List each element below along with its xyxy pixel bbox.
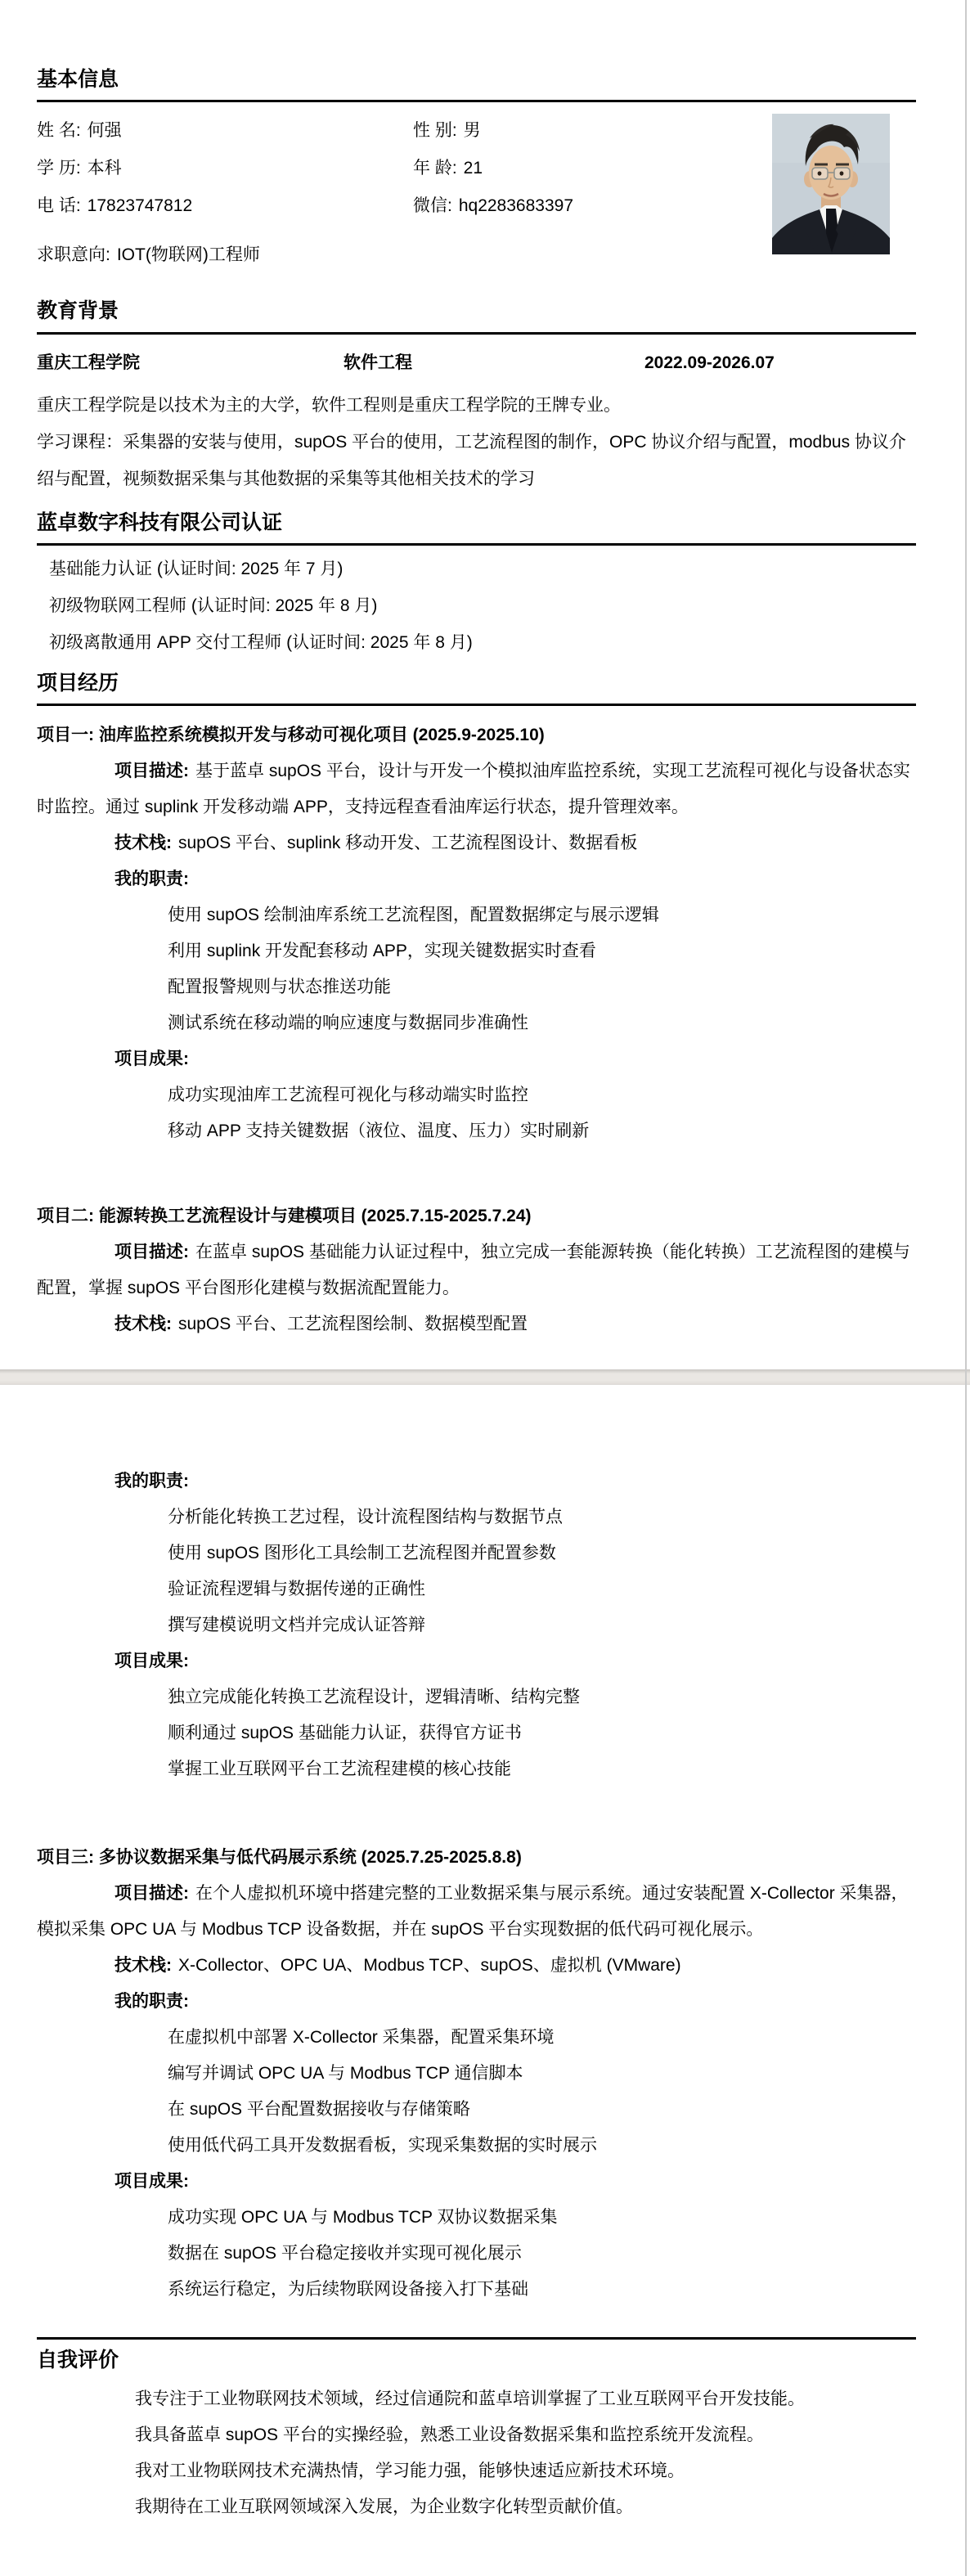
field-name-label: 姓 名: xyxy=(37,121,81,140)
viewport-edge-line xyxy=(965,0,967,2576)
self-evaluation-line: 我专注于工业物联网技术领域，经过信通院和蓝卓培训掌握了工业互联网平台开发技能。 xyxy=(135,2381,916,2417)
field-wechat: 微信:hq2283683397 xyxy=(413,187,757,225)
project-3-tech-text: X-Collector、OPC UA、Modbus TCP、supOS、虚拟机 … xyxy=(178,1956,681,1975)
description-label: 项目描述: xyxy=(115,1243,189,1261)
page-2: 我的职责: 分析能化转换工艺过程，设计流程图结构与数据节点 使用 supOS 图… xyxy=(0,1385,970,2576)
cert-item: 初级离散通用 APP 交付工程师 (认证时间: 2025 年 8 月) xyxy=(49,624,916,661)
project-3: 项目三: 多协议数据采集与低代码展示系统 (2025.7.25-2025.8.8… xyxy=(37,1840,916,2308)
project-1-description: 项目描述:基于蓝卓 supOS 平台，设计与开发一个模拟油库监控系统，实现工艺流… xyxy=(37,753,916,825)
project-2-results: 独立完成能化转换工艺流程设计，逻辑清晰、结构完整 顺利通过 supOS 基础能力… xyxy=(168,1679,916,1787)
project-3-results: 成功实现 OPC UA 与 Modbus TCP 双协议数据采集 数据在 sup… xyxy=(168,2200,916,2308)
self-evaluation-line: 我期待在工业互联网领域深入发展，为企业数字化转型贡献价值。 xyxy=(135,2489,916,2525)
project-2-tech-text: supOS 平台、工艺流程图绘制、数据模型配置 xyxy=(178,1315,528,1333)
tech-label: 技术栈: xyxy=(115,1956,172,1975)
description-label: 项目描述: xyxy=(115,1884,189,1903)
project-2: 项目二: 能源转换工艺流程设计与建模项目 (2025.7.15-2025.7.2… xyxy=(37,1198,916,1342)
job-intention-value: IOT(物联网)工程师 xyxy=(117,245,260,264)
field-phone-value: 17823747812 xyxy=(88,196,192,215)
result-item: 掌握工业互联网平台工艺流程建模的核心技能 xyxy=(168,1751,916,1787)
duty-item: 分析能化转换工艺过程，设计流程图结构与数据节点 xyxy=(168,1499,916,1535)
duty-label: 我的职责: xyxy=(37,1463,916,1499)
certification-list: 基础能力认证 (认证时间: 2025 年 7 月) 初级物联网工程师 (认证时间… xyxy=(37,551,916,661)
field-gender-value: 男 xyxy=(464,121,481,140)
basic-info-grid: 姓 名:何强 性 别:男 学 历:本科 年 龄:21 电 话:178237478… xyxy=(37,112,757,225)
field-age-label: 年 龄: xyxy=(413,159,457,178)
education-line-1: 重庆工程学院是以技术为主的大学，软件工程则是重庆工程学院的王牌专业。 xyxy=(37,387,916,424)
section-title-education: 教育背景 xyxy=(37,299,916,334)
field-name-value: 何强 xyxy=(88,121,122,140)
project-1: 项目一: 油库监控系统模拟开发与移动可视化项目 (2025.9-2025.10)… xyxy=(37,717,916,1149)
education-line-2: 学习课程：采集器的安装与使用，supOS 平台的使用，工艺流程图的制作，OPC … xyxy=(37,424,916,497)
tech-label: 技术栈: xyxy=(115,834,172,852)
result-item: 独立完成能化转换工艺流程设计，逻辑清晰、结构完整 xyxy=(168,1679,916,1715)
project-2-duties: 分析能化转换工艺过程，设计流程图结构与数据节点 使用 supOS 图形化工具绘制… xyxy=(168,1499,916,1643)
self-evaluation-list: 我专注于工业物联网技术领域，经过信通院和蓝卓培训掌握了工业互联网平台开发技能。 … xyxy=(135,2381,916,2525)
result-label: 项目成果: xyxy=(37,1643,916,1679)
job-intention-label: 求职意向: xyxy=(37,245,110,264)
basic-info-block: 姓 名:何强 性 别:男 学 历:本科 年 龄:21 电 话:178237478… xyxy=(37,112,916,274)
project-2-continued: 我的职责: 分析能化转换工艺过程，设计流程图结构与数据节点 使用 supOS 图… xyxy=(37,1463,916,1787)
result-label: 项目成果: xyxy=(37,2164,916,2200)
project-3-description: 项目描述:在个人虚拟机环境中搭建完整的工业数据采集与展示系统。通过安装配置 X-… xyxy=(37,1876,916,1948)
project-2-title: 项目二: 能源转换工艺流程设计与建模项目 (2025.7.15-2025.7.2… xyxy=(37,1198,916,1234)
duty-item: 在 supOS 平台配置数据接收与存储策略 xyxy=(168,2092,916,2128)
section-title-certification: 蓝卓数字科技有限公司认证 xyxy=(37,510,916,546)
result-item: 数据在 supOS 平台稳定接收并实现可视化展示 xyxy=(168,2236,916,2272)
duty-item: 配置报警规则与状态推送功能 xyxy=(168,969,916,1005)
project-3-title: 项目三: 多协议数据采集与低代码展示系统 (2025.7.25-2025.8.8… xyxy=(37,1840,916,1876)
project-1-tech: 技术栈:supOS 平台、suplink 移动开发、工艺流程图设计、数据看板 xyxy=(37,825,916,861)
project-1-results: 成功实现油库工艺流程可视化与移动端实时监控 移动 APP 支持关键数据（液位、温… xyxy=(168,1077,916,1149)
field-wechat-label: 微信: xyxy=(413,196,452,215)
school-name: 重庆工程学院 xyxy=(37,349,344,377)
project-2-description: 项目描述:在蓝卓 supOS 基础能力认证过程中，独立完成一套能源转换（能化转换… xyxy=(37,1234,916,1306)
cert-item: 基础能力认证 (认证时间: 2025 年 7 月) xyxy=(49,551,916,587)
project-3-tech: 技术栈:X-Collector、OPC UA、Modbus TCP、supOS、… xyxy=(37,1948,916,1984)
duty-item: 在虚拟机中部署 X-Collector 采集器，配置采集环境 xyxy=(168,2020,916,2056)
duty-item: 使用 supOS 绘制油库系统工艺流程图，配置数据绑定与展示逻辑 xyxy=(168,897,916,933)
field-age: 年 龄:21 xyxy=(413,150,757,187)
field-name: 姓 名:何强 xyxy=(37,112,413,150)
project-1-title: 项目一: 油库监控系统模拟开发与移动可视化项目 (2025.9-2025.10) xyxy=(37,717,916,753)
id-photo-image xyxy=(772,114,890,254)
duty-item: 验证流程逻辑与数据传递的正确性 xyxy=(168,1571,916,1607)
education-row: 重庆工程学院 软件工程 2022.09-2026.07 xyxy=(37,349,916,377)
self-evaluation-line: 我具备蓝卓 supOS 平台的实操经验，熟悉工业设备数据采集和监控系统开发流程。 xyxy=(135,2417,916,2453)
duty-label: 我的职责: xyxy=(37,1984,916,2020)
self-evaluation-line: 我对工业物联网技术充满热情，学习能力强，能够快速适应新技术环境。 xyxy=(135,2453,916,2489)
result-item: 成功实现 OPC UA 与 Modbus TCP 双协议数据采集 xyxy=(168,2200,916,2236)
major-name: 软件工程 xyxy=(344,349,644,377)
field-wechat-value: hq2283683397 xyxy=(459,196,573,215)
education-period: 2022.09-2026.07 xyxy=(644,349,775,377)
section-title-basic-info: 基本信息 xyxy=(37,67,916,102)
tech-label: 技术栈: xyxy=(115,1315,172,1333)
field-phone-label: 电 话: xyxy=(37,196,81,215)
page1-top-margin xyxy=(37,0,916,67)
page-break xyxy=(0,1369,970,1385)
project-1-tech-text: supOS 平台、suplink 移动开发、工艺流程图设计、数据看板 xyxy=(178,834,637,852)
duty-item: 使用低代码工具开发数据看板，实现采集数据的实时展示 xyxy=(168,2128,916,2164)
duty-label: 我的职责: xyxy=(37,861,916,897)
result-label: 项目成果: xyxy=(37,1041,916,1077)
project-2-tech: 技术栈:supOS 平台、工艺流程图绘制、数据模型配置 xyxy=(37,1306,916,1342)
project-3-duties: 在虚拟机中部署 X-Collector 采集器，配置采集环境 编写并调试 OPC… xyxy=(168,2020,916,2164)
field-phone: 电 话:17823747812 xyxy=(37,187,413,225)
result-item: 成功实现油库工艺流程可视化与移动端实时监控 xyxy=(168,1077,916,1113)
project-1-duties: 使用 supOS 绘制油库系统工艺流程图，配置数据绑定与展示逻辑 利用 supl… xyxy=(168,897,916,1041)
duty-item: 测试系统在移动端的响应速度与数据同步准确性 xyxy=(168,1005,916,1041)
field-degree: 学 历:本科 xyxy=(37,150,413,187)
field-gender-label: 性 别: xyxy=(413,121,457,140)
result-item: 移动 APP 支持关键数据（液位、温度、压力）实时刷新 xyxy=(168,1113,916,1149)
education-paragraph: 重庆工程学院是以技术为主的大学，软件工程则是重庆工程学院的王牌专业。 学习课程：… xyxy=(37,387,916,497)
result-item: 系统运行稳定，为后续物联网设备接入打下基础 xyxy=(168,2272,916,2308)
page-1: 基本信息 姓 名:何强 性 别:男 学 历:本科 年 龄:21 电 话:1782… xyxy=(0,0,970,1369)
duty-item: 撰写建模说明文档并完成认证答辩 xyxy=(168,1607,916,1643)
cert-item: 初级物联网工程师 (认证时间: 2025 年 8 月) xyxy=(49,587,916,624)
field-gender: 性 别:男 xyxy=(413,112,757,150)
duty-item: 编写并调试 OPC UA 与 Modbus TCP 通信脚本 xyxy=(168,2056,916,2092)
description-label: 项目描述: xyxy=(115,762,189,780)
field-age-value: 21 xyxy=(464,159,483,178)
duty-item: 使用 supOS 图形化工具绘制工艺流程图并配置参数 xyxy=(168,1535,916,1571)
field-degree-label: 学 历: xyxy=(37,159,81,178)
resume-document: 基本信息 姓 名:何强 性 别:男 学 历:本科 年 龄:21 电 话:1782… xyxy=(0,0,970,2576)
field-degree-value: 本科 xyxy=(88,159,122,178)
page2-top-margin xyxy=(37,1385,916,1463)
duty-item: 利用 suplink 开发配套移动 APP，实现关键数据实时查看 xyxy=(168,933,916,969)
section-title-projects: 项目经历 xyxy=(37,671,916,706)
section-title-self-evaluation: 自我评价 xyxy=(37,2337,916,2373)
result-item: 顺利通过 supOS 基础能力认证，获得官方证书 xyxy=(168,1715,916,1751)
id-photo xyxy=(772,114,890,254)
